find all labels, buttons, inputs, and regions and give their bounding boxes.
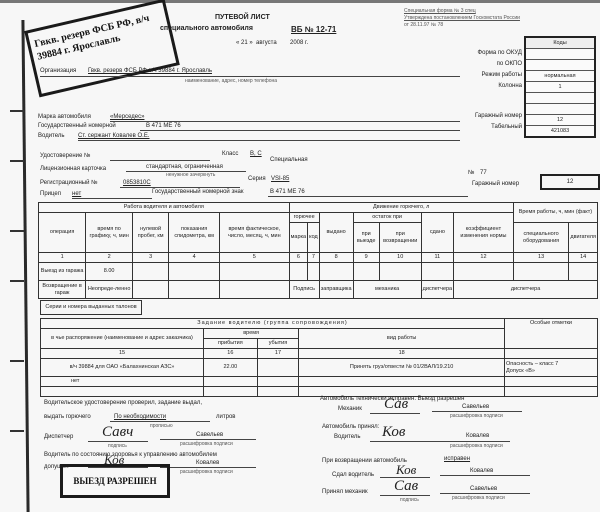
col-num: 9 bbox=[353, 253, 379, 263]
table-row: Возвращение в гараж Неопреде-ленно Подпи… bbox=[39, 281, 598, 299]
mechanic-signature: Сав bbox=[384, 396, 408, 413]
coupons-label: Серии и номера выданных талонов bbox=[41, 301, 142, 315]
trailer-label: Прицеп bbox=[40, 191, 61, 197]
code-okpo bbox=[526, 60, 594, 71]
col-departure-time: убытия bbox=[257, 339, 299, 349]
col-zero-run: нулевой пробег, км bbox=[133, 213, 169, 253]
task-special: Опасность – класс 7Допуск «В» bbox=[505, 359, 598, 377]
sign-mechanic: механика bbox=[353, 281, 421, 299]
col-operation: операция bbox=[39, 213, 86, 253]
underline bbox=[110, 421, 210, 422]
tabel-label: Табельный bbox=[462, 124, 522, 130]
col-num: 10 bbox=[379, 253, 421, 263]
special-mark-1: Опасность – класс 7 bbox=[506, 361, 558, 367]
work-table: Работа водителя и автомобиля Движение го… bbox=[38, 202, 598, 299]
organization-label: Организация bbox=[40, 68, 76, 74]
check-text: Водительское удостоверение проверил, зад… bbox=[44, 400, 202, 406]
sign-refueler: заправщика bbox=[319, 281, 353, 299]
plate-label: Государственный номерной bbox=[38, 123, 116, 129]
code-column: 1 bbox=[526, 82, 594, 93]
col-num: 15 bbox=[41, 349, 204, 359]
col-num: 17 bbox=[257, 349, 299, 359]
form-note-1: Специальная форма № 3 спец bbox=[404, 8, 476, 14]
task-customer: в/ч 39884 для ОАО «Балахнинская АЗС» bbox=[41, 359, 204, 377]
code-label: Колонна bbox=[462, 83, 522, 94]
document-title: ПУТЕВОЙ ЛИСТ bbox=[215, 14, 270, 21]
col-departure: при выезде bbox=[353, 223, 379, 253]
document-subtitle: специального автомобиля bbox=[160, 25, 253, 32]
underline bbox=[140, 130, 460, 131]
col-num: 16 bbox=[204, 349, 258, 359]
col-num: 5 bbox=[220, 253, 290, 263]
underline bbox=[370, 441, 510, 442]
series-value: VSI-85 bbox=[271, 176, 289, 182]
class-label: Класс bbox=[222, 151, 238, 157]
group-time-header: Время работы, ч, мин (факт) bbox=[513, 203, 597, 223]
underline bbox=[440, 475, 530, 476]
underline bbox=[268, 196, 468, 197]
table-row: Выезд из гаража 8.00 bbox=[39, 263, 598, 281]
caption-decode: расшифровка подписи bbox=[450, 413, 503, 419]
dispatcher-signature: Савч bbox=[102, 424, 133, 441]
special-marks-header: Особые отметки bbox=[505, 319, 598, 349]
col-num: 11 bbox=[421, 253, 453, 263]
fuel-unit: литров bbox=[216, 414, 235, 420]
col-num: 6 bbox=[289, 253, 308, 263]
date-month: августа bbox=[256, 40, 277, 46]
make-label: Марка автомобиля bbox=[38, 114, 91, 120]
col-num: 4 bbox=[169, 253, 220, 263]
col-customer: в чье распоряжение (наименование и адрес… bbox=[41, 329, 204, 349]
col-arrival: прибытия bbox=[204, 339, 258, 349]
plate-value: В 471 МЕ 76 bbox=[146, 123, 181, 129]
col-odometer: показания спидометра, км bbox=[169, 213, 220, 253]
col-engine: двигателя bbox=[569, 223, 598, 253]
handed-label: Сдал водитель bbox=[332, 472, 374, 478]
caption-decode: расшифровка подписи bbox=[180, 469, 233, 475]
garage-number-label: Гаражный номер bbox=[462, 113, 522, 119]
code-tabel: 421083 bbox=[526, 126, 594, 136]
caption-sign: подпись bbox=[400, 497, 419, 503]
accepted-label: Автомобиль принял: bbox=[322, 424, 379, 430]
fuel-label: выдать горючего bbox=[44, 414, 91, 420]
code-label: по ОКПО bbox=[462, 61, 522, 72]
col-num: 18 bbox=[299, 349, 505, 359]
health-text: Водитель по состоянию здоровья к управле… bbox=[44, 452, 217, 458]
sign-dispatcher-2: диспетчера bbox=[454, 281, 598, 299]
row-return-time: Неопреде-ленно bbox=[86, 281, 133, 299]
class-value: В, С bbox=[250, 151, 262, 157]
admitted-driver-name: Ковалев bbox=[196, 460, 219, 466]
caption-sign: подпись bbox=[108, 443, 127, 449]
group-fuel-header: Движение горючего, л bbox=[289, 203, 513, 213]
received-name: Савельев bbox=[470, 486, 497, 492]
return-value: исправен bbox=[444, 456, 470, 462]
scan-left-fold-line bbox=[21, 20, 29, 512]
trailer-plate-value: В 471 МЕ 76 bbox=[270, 189, 305, 195]
underline bbox=[110, 121, 460, 122]
no-value: 77 bbox=[480, 170, 487, 176]
task-title: Задание водителю (группа сопровождения) bbox=[41, 319, 505, 329]
underline bbox=[40, 76, 460, 77]
col-num: 14 bbox=[569, 253, 598, 263]
garage-label: Гаражный номер bbox=[472, 181, 519, 187]
col-num: 7 bbox=[308, 253, 320, 263]
underline bbox=[160, 439, 256, 440]
handed-name: Ковалев bbox=[470, 468, 493, 474]
col-num: 13 bbox=[513, 253, 569, 263]
date-year: 2008 г. bbox=[290, 40, 308, 46]
driver-label: Водитель bbox=[38, 133, 65, 139]
code-okud bbox=[526, 49, 594, 60]
task-table: Задание водителю (группа сопровождения) … bbox=[40, 318, 598, 397]
fuel-value: По необходимости bbox=[114, 414, 166, 420]
received-signature: Сав bbox=[394, 478, 418, 495]
codes-labels: Форма по ОКУД по ОКПО Режим работы Колон… bbox=[462, 50, 522, 94]
row-departure-label: Выезд из гаража bbox=[39, 263, 86, 281]
departure-allowed-stamp: ВЫЕЗД РАЗРЕШЕН bbox=[60, 464, 170, 498]
codes-header: Коды bbox=[526, 38, 594, 49]
underline bbox=[380, 495, 430, 496]
col-num: 8 bbox=[319, 253, 353, 263]
accepted-driver-label: Водитель bbox=[334, 434, 361, 440]
subgroup-fuel: горючее bbox=[289, 213, 319, 223]
underline bbox=[440, 493, 530, 494]
task-extra: нет bbox=[41, 377, 204, 387]
code-garage: 12 bbox=[526, 115, 594, 126]
caption-decode: расшифровка подписи bbox=[450, 443, 503, 449]
col-time: время bbox=[204, 329, 299, 339]
organization-caption: наименование, адрес, номер телефона bbox=[185, 78, 277, 84]
series-label: Серия bbox=[248, 176, 266, 182]
military-unit-stamp: Гвкв. резерв ФСБ РФ, в/ч 39884 г. Яросла… bbox=[24, 0, 180, 97]
sign-dispatcher: диспетчера bbox=[421, 281, 453, 299]
col-issued: выдано bbox=[319, 213, 353, 253]
trailer-value: нет bbox=[72, 191, 81, 197]
col-schedule: время по графику, ч, мин bbox=[86, 213, 133, 253]
col-num: 1 bbox=[39, 253, 86, 263]
license-card-caption: ненужное зачеркнуть bbox=[166, 172, 215, 178]
caption-decode: расшифровка подписи bbox=[180, 441, 233, 447]
underline bbox=[432, 411, 522, 412]
underline bbox=[120, 187, 240, 188]
col-num: 2 bbox=[86, 253, 133, 263]
trailer-plate-label: Государственный номерной знак bbox=[152, 189, 243, 195]
underline bbox=[72, 198, 152, 199]
edge-mark bbox=[10, 230, 24, 232]
subgroup-remain: остаток при bbox=[353, 213, 421, 223]
make-value: «Мерседес» bbox=[110, 114, 144, 120]
col-coefficient: коэффициент изменения нормы bbox=[454, 213, 514, 253]
special-label: Специальная bbox=[270, 157, 308, 163]
organization-value: Гвкв. резерв ФСБ РФ в/ч 39884 г. Ярослав… bbox=[88, 68, 212, 74]
dispatcher-name: Савельев bbox=[196, 432, 223, 438]
task-work: Принять груз/отвести № 01/2ВАЛ/19.210 bbox=[299, 359, 505, 377]
underline bbox=[160, 467, 256, 468]
code-label: Режим работы bbox=[462, 72, 522, 83]
code-empty bbox=[526, 104, 594, 115]
task-arrival: 22.00 bbox=[204, 359, 258, 377]
code-empty bbox=[526, 93, 594, 104]
waybill-document: Специальная форма № 3 спец Утверждена по… bbox=[0, 0, 600, 512]
col-brand: марка bbox=[289, 223, 308, 253]
codes-box: Коды нормальная 1 12 421083 bbox=[524, 36, 596, 138]
edge-mark bbox=[10, 110, 24, 112]
form-note-3: от 28.11.97 № 78 bbox=[404, 22, 443, 28]
col-handed: сдано bbox=[421, 213, 453, 253]
reg-value: 0853810С bbox=[123, 180, 151, 186]
reg-label: Регистрационный № bbox=[40, 180, 98, 186]
accepted-driver-name: Ковалев bbox=[466, 433, 489, 439]
col-equipment: специального оборудования bbox=[513, 223, 569, 253]
code-label: Форма по ОКУД bbox=[462, 50, 522, 61]
fuel-caption: прописью bbox=[150, 423, 173, 429]
edge-mark bbox=[10, 360, 24, 362]
scan-top-edge bbox=[0, 0, 600, 3]
table-row: в/ч 39884 для ОАО «Балахнинская АЗС» 22.… bbox=[41, 359, 598, 377]
caption-decode: расшифровка подписи bbox=[452, 495, 505, 501]
dispatcher-label: Диспетчер bbox=[44, 434, 73, 440]
received-label: Принял механик bbox=[322, 489, 368, 495]
row-return-label: Возвращение в гараж bbox=[39, 281, 86, 299]
edge-mark bbox=[10, 160, 24, 162]
edge-mark bbox=[10, 430, 24, 432]
signature-label: Подпись bbox=[289, 281, 319, 299]
license-label: Удостоверение № bbox=[40, 153, 90, 159]
license-card-value: стандартная, ограниченная bbox=[146, 164, 223, 170]
underline bbox=[370, 413, 420, 414]
edge-mark bbox=[10, 280, 24, 282]
table-row: нет bbox=[41, 377, 598, 387]
col-actual-time: время фактическое, число, месяц, ч, мин bbox=[220, 213, 290, 253]
series-number: ВБ № 12-71 bbox=[291, 25, 336, 34]
col-work-type: вид работы bbox=[299, 329, 505, 349]
form-note-2: Утверждена постановлением Госкомстата Ро… bbox=[404, 15, 520, 21]
license-card-label: Лицензионная карточка bbox=[40, 166, 106, 172]
no-label: № bbox=[468, 170, 474, 176]
underline bbox=[78, 140, 460, 141]
col-num: 3 bbox=[133, 253, 169, 263]
col-code: код bbox=[308, 223, 320, 253]
return-label: При возвращении автомобиль bbox=[322, 458, 407, 464]
mechanic-label: Механик bbox=[338, 406, 362, 412]
col-num: 12 bbox=[454, 253, 514, 263]
driver-value: Ст. сержант Ковалев О.Е. bbox=[78, 133, 150, 139]
garage-number-box: 12 bbox=[540, 174, 600, 190]
coupons-table: Серии и номера выданных талонов bbox=[40, 300, 142, 315]
date-day: « 21 » bbox=[236, 40, 253, 46]
accepted-driver-signature: Ков bbox=[382, 424, 405, 441]
table-row bbox=[41, 387, 598, 397]
special-mark-2: Допуск «В» bbox=[506, 368, 535, 374]
row-departure-time: 8.00 bbox=[86, 263, 133, 281]
code-mode: нормальная bbox=[526, 71, 594, 82]
underline bbox=[110, 160, 210, 161]
handed-signature: Ков bbox=[396, 462, 416, 478]
mechanic-name: Савельев bbox=[462, 404, 489, 410]
group-work-header: Работа водителя и автомобиля bbox=[39, 203, 290, 213]
col-return: при возвращении bbox=[379, 223, 421, 253]
underline bbox=[88, 441, 148, 442]
